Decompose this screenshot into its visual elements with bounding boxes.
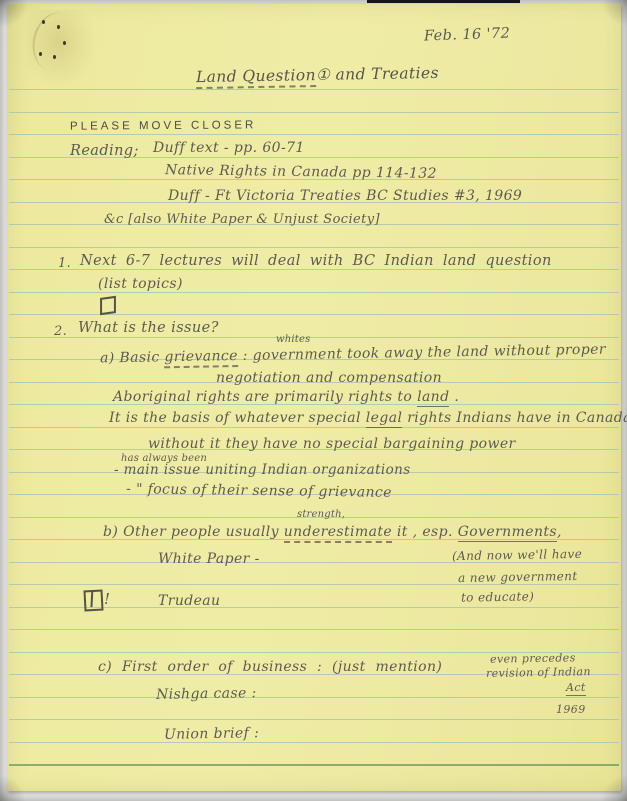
title-rest: ① and Treaties bbox=[316, 64, 439, 84]
checkbox-doodle-icon bbox=[83, 590, 103, 612]
ab-underlined: land bbox=[417, 389, 449, 407]
item-1-text: Next 6-7 lectures will deal with BC Indi… bbox=[80, 253, 552, 270]
ruled-line bbox=[9, 247, 619, 248]
aboriginal-rights-line: Aboriginal rights are primarily rights t… bbox=[113, 389, 459, 406]
b-governments: Governments bbox=[458, 524, 557, 542]
bargaining-line: without it they have no special bargaini… bbox=[148, 436, 516, 453]
ruled-line bbox=[9, 742, 619, 743]
ruled-line bbox=[9, 719, 619, 720]
scanned-note-page: Feb. 16 '72 Land Question① and Treaties … bbox=[0, 0, 627, 801]
b-underestimate: underestimate bbox=[284, 524, 392, 543]
ab-pre: Aboriginal rights are primarily rights t… bbox=[113, 389, 417, 405]
b-pre: b) Other people usually bbox=[103, 524, 284, 540]
ruled-line bbox=[9, 89, 619, 90]
title-underlined: Land Question bbox=[196, 66, 316, 89]
aside-line: a new government bbox=[458, 569, 578, 585]
margin-note: even precedes bbox=[490, 651, 576, 666]
reading-item: Duff - Ft Victoria Treaties BC Studies #… bbox=[168, 188, 522, 205]
b-post: , bbox=[557, 524, 562, 540]
item-number: 1. bbox=[58, 256, 71, 272]
ruled-line bbox=[9, 112, 619, 113]
item-number: 2. bbox=[54, 324, 67, 340]
aside-line: to educate) bbox=[461, 589, 535, 605]
union-brief-line: Union brief : bbox=[164, 725, 259, 743]
trudeau-line: Trudeau bbox=[158, 593, 220, 610]
margin-note: revision of Indian bbox=[486, 665, 591, 680]
margin-note-year: 1969 bbox=[556, 703, 586, 716]
item-1-sub: (list topics) bbox=[98, 276, 183, 293]
insertion-whites: whites bbox=[276, 334, 310, 346]
checkbox-doodle-icon bbox=[100, 296, 116, 315]
point-b-line: b) Other people usually underestimate it… bbox=[103, 524, 562, 541]
point-a-line2: negotiation and compensation bbox=[216, 370, 442, 387]
scan-artifact-strip bbox=[367, 0, 520, 3]
margin-note-act: Act bbox=[566, 681, 586, 696]
basis-post: rights Indians have in Canada bbox=[402, 410, 627, 426]
ruled-line bbox=[9, 134, 619, 135]
insertion-strength: strength, bbox=[297, 509, 345, 521]
staple-marks-icon bbox=[31, 14, 81, 69]
ruled-line bbox=[9, 697, 619, 698]
point-c-line: c) First order of business : (just menti… bbox=[98, 659, 442, 676]
reading-item: &c [also White Paper & Unjust Society] bbox=[104, 212, 380, 228]
basis-line: It is the basis of whatever special lega… bbox=[109, 410, 627, 427]
point-a-prefix: a) Basic bbox=[100, 349, 165, 366]
white-paper-line: White Paper - bbox=[158, 551, 260, 568]
main-issue-line: - main issue uniting Indian organization… bbox=[114, 462, 411, 478]
aside-line: (And now we'll have bbox=[452, 547, 582, 564]
point-a-underlined: grievance bbox=[164, 348, 238, 368]
ruled-line bbox=[9, 629, 619, 630]
basis-pre: It is the basis of whatever special bbox=[109, 410, 366, 426]
reading-label: Reading; bbox=[70, 143, 139, 160]
date: Feb. 16 '72 bbox=[424, 26, 511, 46]
exclamation-mark: ! bbox=[104, 590, 110, 608]
ruled-line bbox=[9, 764, 619, 766]
reading-item: Duff text - pp. 60-71 bbox=[153, 140, 305, 157]
announcement: PLEASE MOVE CLOSER bbox=[70, 119, 256, 132]
b-mid: it , esp. bbox=[392, 524, 458, 540]
basis-underlined: legal bbox=[366, 410, 403, 428]
ab-post: . bbox=[449, 389, 459, 405]
item-2-text: What is the issue? bbox=[78, 320, 219, 337]
nishga-case-line: Nishga case : bbox=[156, 685, 257, 704]
